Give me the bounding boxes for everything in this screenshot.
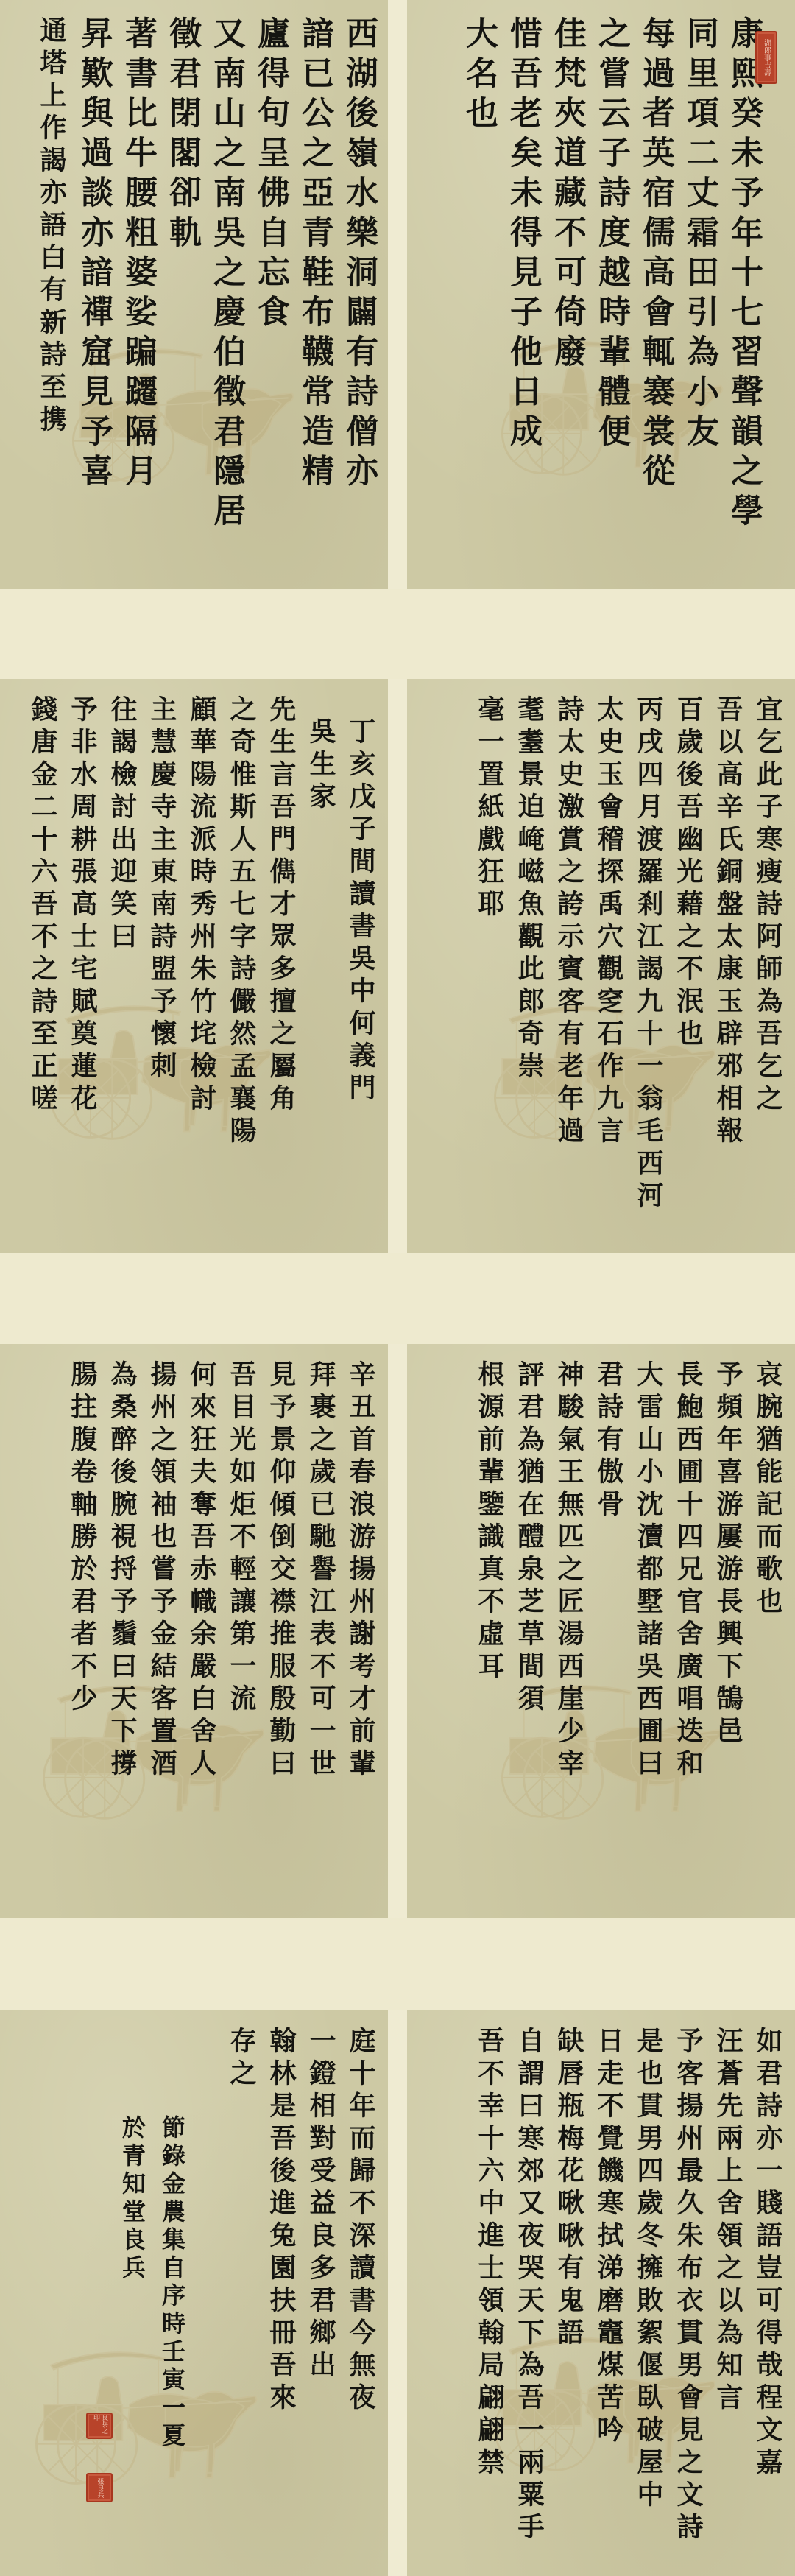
text-column: 主慧慶寺主東南詩盟予懷刺 xyxy=(142,695,182,1239)
text-column: 予頻年喜游屢游長興下鵠邑 xyxy=(708,1360,748,1904)
text-column: 吾目光如炬不輕讓第一流 xyxy=(222,1360,261,1904)
panel-spread1-left: 西湖後嶺水樂洞闢有詩僧亦 諳已公之亞青鞋布韈常造精 廬得句呈佛自忘食 又南山之南… xyxy=(0,0,388,589)
text-column: 通塔上作謁亦語白有新詩至携 xyxy=(32,16,71,574)
text-column: 庭十年而歸不深讀書今無夜 xyxy=(341,2027,381,2561)
text-column: 揚州之領袖也嘗予金結客置酒 xyxy=(142,1360,182,1904)
text-column: 徵君閉閣卻軌 xyxy=(160,16,204,574)
text-column: 太史玉會稽探禹穴觀窆石作九言 xyxy=(589,695,629,1239)
text-column: 之奇惟斯人五七字詩儼然孟襄陽 xyxy=(222,695,261,1239)
text-column: 汪蒼先兩上舍領之以為知言 xyxy=(708,2027,748,2561)
text-column: 缺唇瓶梅花啾啾有鬼語 xyxy=(549,2027,589,2561)
panel-spread3-left: 辛丑首春浪游揚州謝考才前輩 拜裹之歲已馳譽江表不可一世 見予景仰傾倒交襟推服殷勤… xyxy=(0,1344,388,1918)
red-seal: 張良兵 xyxy=(86,2473,113,2502)
text-column: 同里項二丈霜田引為小友 xyxy=(677,16,721,574)
text-column: 予客揚州最久朱布衣貫男會見之文詩 xyxy=(668,2027,708,2561)
text-column: 康熙癸未予年十七習聲韻之學 xyxy=(721,16,766,574)
spread-4: 如君詩亦一賤語豈可得哉程文嘉 汪蒼先兩上舍領之以為知言 予客揚州最久朱布衣貫男會… xyxy=(0,2010,795,2576)
text-column: 昇歎與過談亦諳禪窟見予喜 xyxy=(71,16,116,574)
gutter xyxy=(388,2010,407,2576)
text-column: 根源前輩鑒識真不虛耳 xyxy=(470,1360,509,1904)
panel-spread2-left: 丁亥戊子間讀書吳中何義門 吳生家 先生言吾門儁才眾多擅之屬角 之奇惟斯人五七字詩… xyxy=(0,679,388,1253)
text-column: 詩太史激賞之誇示賓客有老年過 xyxy=(549,695,589,1239)
text-column: 錢唐金二十六吾不之詩至正嗟 xyxy=(23,695,63,1239)
text-column: 予非水周耕張高士宅賦奠蓮花 xyxy=(63,695,102,1239)
text-column: 是也貫男四歲冬擁敗絮偃臥破屋中 xyxy=(629,2027,668,2561)
text-column: 往謁檢討出迎笑曰 xyxy=(102,695,142,1239)
text-column: 丙戌四月渡羅剎江謁九十一翁毛西河 xyxy=(629,695,668,1239)
text-column: 大雷山小沈瀆都墅諸吳西圃曰 xyxy=(629,1360,668,1904)
text-column: 又南山之南吳之慶伯徵君隱居 xyxy=(204,16,248,574)
gutter xyxy=(388,0,407,589)
text-column: 吳生家 xyxy=(301,695,341,1239)
text-column: 大名也 xyxy=(456,16,501,574)
panel-spread2-right: 宜乞此子寒瘦詩阿師為吾乞之 吾以高辛氏銅盤太康玉辟邪相報 百歲後吾幽光藉之不泯也… xyxy=(407,679,795,1253)
text-column: 佳梵夾道藏不可倚廢 xyxy=(545,16,589,574)
spread-1: 康熙癸未予年十七習聲韻之學 同里項二丈霜田引為小友 每過者英宿儒高會輒褰裳從 之… xyxy=(0,0,795,589)
text-column: 神駿氣王無匹之匠湯西崖少宰 xyxy=(549,1360,589,1904)
text-column: 自謂曰寒郊又夜哭天下為吾一兩粟手 xyxy=(509,2027,549,2561)
text-column: 拜裹之歲已馳譽江表不可一世 xyxy=(301,1360,341,1904)
text-column: 百歲後吾幽光藉之不泯也 xyxy=(668,695,708,1239)
text-column: 存之 xyxy=(222,2027,261,2561)
text-column: 何來狂夫奪吾赤幟余嚴白舍人 xyxy=(182,1360,222,1904)
red-seal: 良兵之印 xyxy=(86,2413,113,2439)
text-column: 先生言吾門儁才眾多擅之屬角 xyxy=(261,695,301,1239)
text-column: 一鐙相對受益良多君鄉出 xyxy=(301,2027,341,2561)
text-column: 丁亥戊子間讀書吳中何義門 xyxy=(341,695,381,1239)
text-column: 如君詩亦一賤語豈可得哉程文嘉 xyxy=(748,2027,788,2561)
spread-3: 哀腕猶能記而歌也 予頻年喜游屢游長興下鵠邑 長鮑西圃十四兄官舍廣唱迭和 大雷山小… xyxy=(0,1344,795,1918)
text-column: 吾以高辛氏銅盤太康玉辟邪相報 xyxy=(708,695,748,1239)
spread-2: 宜乞此子寒瘦詩阿師為吾乞之 吾以高辛氏銅盤太康玉辟邪相報 百歲後吾幽光藉之不泯也… xyxy=(0,679,795,1253)
panel-spread4-left: 庭十年而歸不深讀書今無夜 一鐙相對受益良多君鄉出 翰林是吾後進兔園扶冊吾來 存之… xyxy=(0,2010,388,2576)
text-column: 宜乞此子寒瘦詩阿師為吾乞之 xyxy=(748,695,788,1239)
text-column: 翰林是吾後進兔園扶冊吾來 xyxy=(261,2027,301,2561)
text-column: 君詩有傲骨 xyxy=(589,1360,629,1904)
colophon-column: 節錄金農集自序時壬寅一夏 xyxy=(152,2027,192,2561)
text-column: 吾不幸十六中進士領翰局翩翩禁 xyxy=(470,2027,509,2561)
gutter xyxy=(388,679,407,1253)
text-column: 每過者英宿儒高會輒褰裳從 xyxy=(633,16,677,574)
text-column: 評君為猶在醴泉芝草間須 xyxy=(509,1360,549,1904)
gutter xyxy=(388,1344,407,1918)
text-column: 毫一置紙戲狂耶 xyxy=(470,695,509,1239)
text-column: 見予景仰傾倒交襟推服殷勤曰 xyxy=(261,1360,301,1904)
text-column: 顧華陽流派時秀州朱竹垞檢討 xyxy=(182,695,222,1239)
text-column: 之嘗云子詩度越時輩體便 xyxy=(589,16,633,574)
text-column: 耄耋景迫崦嵫魚觀此郎奇崇 xyxy=(509,695,549,1239)
panel-spread1-right: 康熙癸未予年十七習聲韻之學 同里項二丈霜田引為小友 每過者英宿儒高會輒褰裳從 之… xyxy=(407,0,795,589)
text-column: 腸拄腹卷軸勝於君者不少 xyxy=(63,1360,102,1904)
text-column: 辛丑首春浪游揚州謝考才前輩 xyxy=(341,1360,381,1904)
text-column: 廬得句呈佛自忘食 xyxy=(248,16,292,574)
panel-spread3-right: 哀腕猶能記而歌也 予頻年喜游屢游長興下鵠邑 長鮑西圃十四兄官舍廣唱迭和 大雷山小… xyxy=(407,1344,795,1918)
text-column: 長鮑西圃十四兄官舍廣唱迭和 xyxy=(668,1360,708,1904)
text-column: 哀腕猶能記而歌也 xyxy=(748,1360,788,1904)
text-column: 為桑醉後腕視捋予鬚曰天下撐 xyxy=(102,1360,142,1904)
text-column: 諳已公之亞青鞋布韈常造精 xyxy=(292,16,336,574)
colophon-column: 於青知堂良兵 xyxy=(113,2027,152,2561)
red-seal: 湖郎事吉壽 xyxy=(755,31,777,84)
text-column: 西湖後嶺水樂洞闢有詩僧亦 xyxy=(336,16,381,574)
text-column: 惜吾老矣未得見子他日成 xyxy=(501,16,545,574)
text-column: 日走不覺饑寒拭涕磨竈煤苦吟 xyxy=(589,2027,629,2561)
text-column: 著書比牛腰粗婆娑蹁躚隔月 xyxy=(116,16,160,574)
panel-spread4-right: 如君詩亦一賤語豈可得哉程文嘉 汪蒼先兩上舍領之以為知言 予客揚州最久朱布衣貫男會… xyxy=(407,2010,795,2576)
